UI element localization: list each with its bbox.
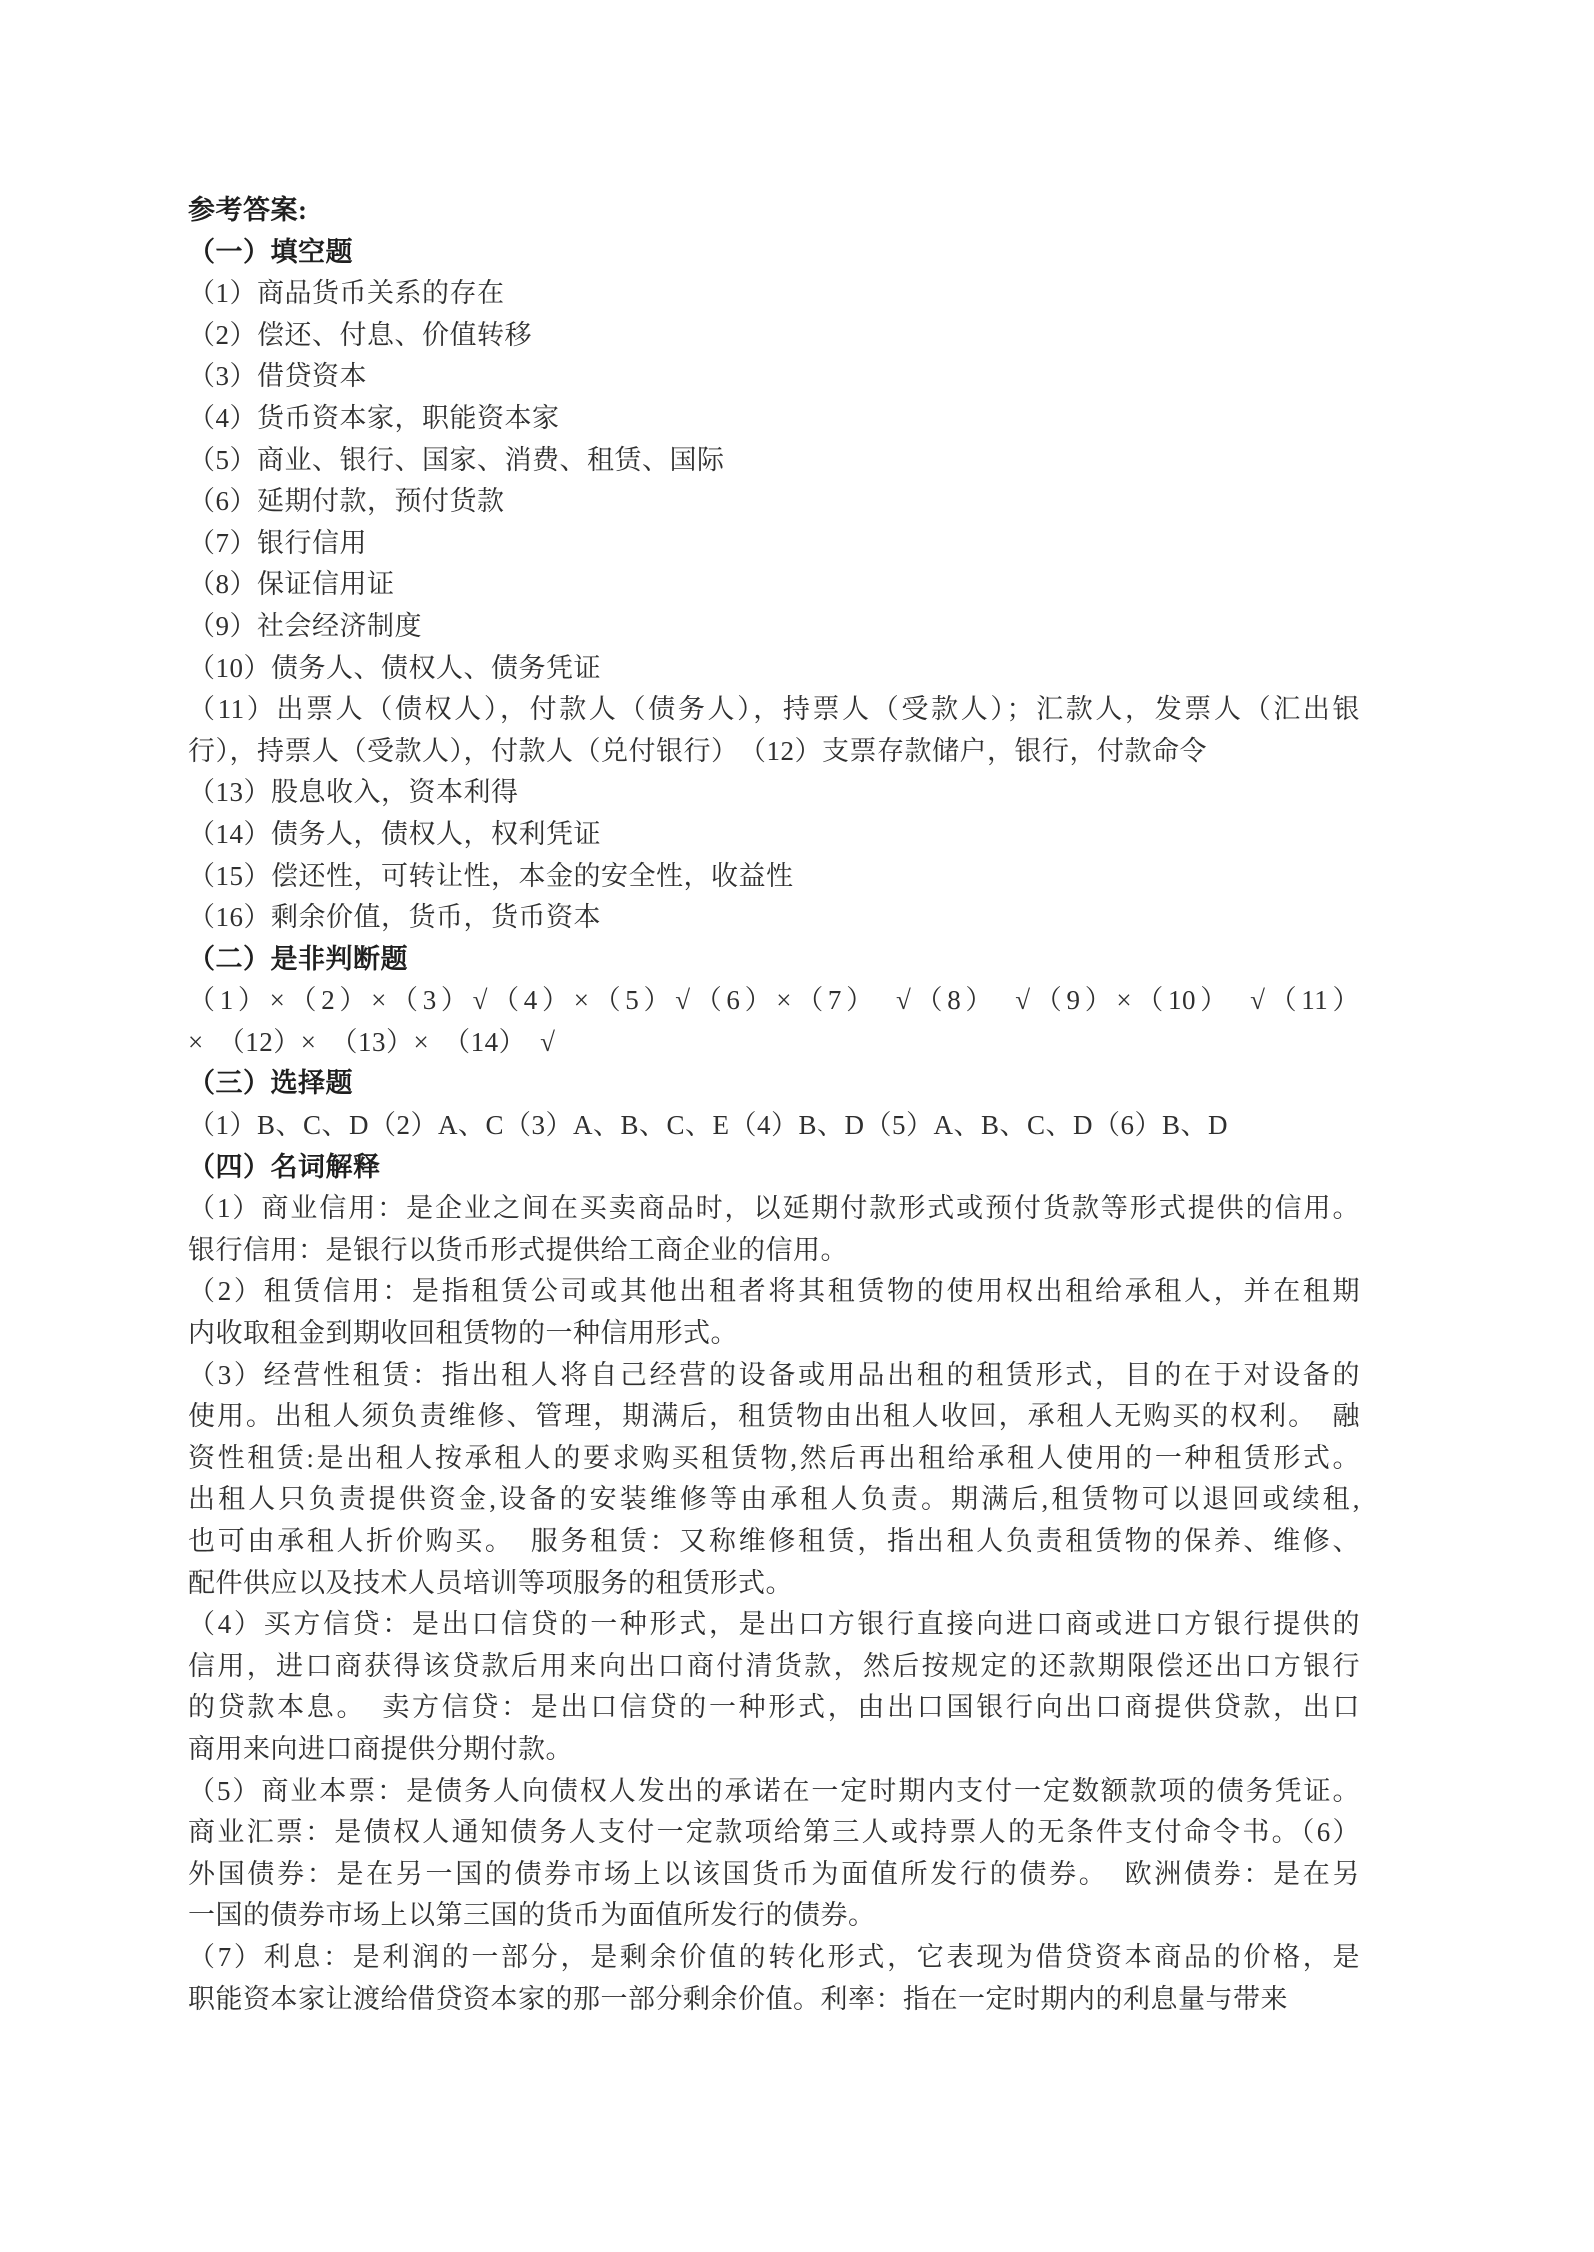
text-line: （16）剩余价值，货币，货币资本 (188, 897, 1360, 939)
text-line: （4）买方信贷：是出口信贷的一种形式，是出口方银行直接向进口商或进口方银行提供的 (188, 1604, 1360, 1646)
text-line: 配件供应以及技术人员培训等项服务的租赁形式。 (188, 1563, 1360, 1605)
text-line: 也可由承租人折价购买。 服务租赁：又称维修租赁，指出租人负责租赁物的保养、维修、 (188, 1521, 1360, 1563)
text-line: 银行信用：是银行以货币形式提供给工商企业的信用。 (188, 1230, 1360, 1272)
text-line: 出租人只负责提供资金,设备的安装维修等由承租人负责。期满后,租赁物可以退回或续租… (188, 1479, 1360, 1521)
text-line: （4）货币资本家，职能资本家 (188, 398, 1360, 440)
text-line: 信用，进口商获得该贷款后用来向出口商付清货款，然后按规定的还款期限偿还出口方银行 (188, 1646, 1360, 1688)
text-line: × （12）× （13）× （14） √ (188, 1022, 1360, 1064)
text-line: （1）B、C、D（2）A、C（3）A、B、C、E（4）B、D（5）A、B、C、D… (188, 1105, 1360, 1147)
text-line: （5）商业、银行、国家、消费、租赁、国际 (188, 440, 1360, 482)
text-line: 的贷款本息。 卖方信贷：是出口信贷的一种形式，由出口国银行向出口商提供贷款，出口 (188, 1687, 1360, 1729)
text-line: （5）商业本票：是债务人向债权人发出的承诺在一定时期内支付一定数额款项的债务凭证… (188, 1771, 1360, 1813)
text-line: （13）股息收入，资本利得 (188, 772, 1360, 814)
text-line: 内收取租金到期收回租赁物的一种信用形式。 (188, 1313, 1360, 1355)
text-line: （1）商品货币关系的存在 (188, 273, 1360, 315)
text-line: 外国债券：是在另一国的债券市场上以该国货币为面值所发行的债券。 欧洲债券：是在另 (188, 1854, 1360, 1896)
text-line: 资性租赁:是出租人按承租人的要求购买租赁物,然后再出租给承租人使用的一种租赁形式… (188, 1438, 1360, 1480)
text-line: 商用来向进口商提供分期付款。 (188, 1729, 1360, 1771)
text-line: 一国的债券市场上以第三国的货币为面值所发行的债券。 (188, 1895, 1360, 1937)
text-line: （6）延期付款，预付货款 (188, 481, 1360, 523)
text-line: （3）借贷资本 (188, 356, 1360, 398)
text-line: （8）保证信用证 (188, 564, 1360, 606)
text-line: （7）利息：是利润的一部分，是剩余价值的转化形式，它表现为借贷资本商品的价格，是 (188, 1937, 1360, 1979)
text-line: （1）商业信用：是企业之间在买卖商品时，以延期付款形式或预付货款等形式提供的信用… (188, 1188, 1360, 1230)
text-line: （2）租赁信用：是指租赁公司或其他出租者将其租赁物的使用权出租给承租人，并在租期 (188, 1271, 1360, 1313)
section-heading: （一）填空题 (188, 232, 1360, 274)
text-line: 商业汇票：是债权人通知债务人支付一定款项给第三人或持票人的无条件支付命令书。（6… (188, 1812, 1360, 1854)
document-body: 参考答案: （一）填空题（1）商品货币关系的存在（2）偿还、付息、价值转移（3）… (188, 190, 1360, 2020)
text-line: （2）偿还、付息、价值转移 (188, 315, 1360, 357)
text-line: （9）社会经济制度 (188, 606, 1360, 648)
text-line: （7）银行信用 (188, 523, 1360, 565)
text-line: （15）偿还性，可转让性，本金的安全性，收益性 (188, 856, 1360, 898)
text-line: （3）经营性租赁：指出租人将自己经营的设备或用品出租的租赁形式，目的在于对设备的 (188, 1355, 1360, 1397)
text-line: 行），持票人（受款人），付款人（兑付银行） （12）支票存款储户，银行，付款命令 (188, 731, 1360, 773)
text-line: （11）出票人（债权人），付款人（债务人），持票人（受款人）；汇款人，发票人（汇… (188, 689, 1360, 731)
section-heading: （三）选择题 (188, 1063, 1360, 1105)
document-title: 参考答案: (188, 190, 1360, 232)
text-line: （14）债务人，债权人，权利凭证 (188, 814, 1360, 856)
section-heading: （四）名词解释 (188, 1147, 1360, 1189)
text-line: （10）债务人、债权人、债务凭证 (188, 648, 1360, 690)
text-line: 职能资本家让渡给借贷资本家的那一部分剩余价值。利率：指在一定时期内的利息量与带来 (188, 1979, 1360, 2021)
section-heading: （二）是非判断题 (188, 939, 1360, 981)
text-line: （1）×（2）×（3）√（4）×（5）√（6）×（7） √（8） √（9）×（1… (188, 980, 1360, 1022)
document-page: 参考答案: （一）填空题（1）商品货币关系的存在（2）偿还、付息、价值转移（3）… (0, 0, 1594, 2252)
text-line: 使用。出租人须负责维修、管理，期满后，租赁物由出租人收回，承租人无购买的权利。 … (188, 1396, 1360, 1438)
